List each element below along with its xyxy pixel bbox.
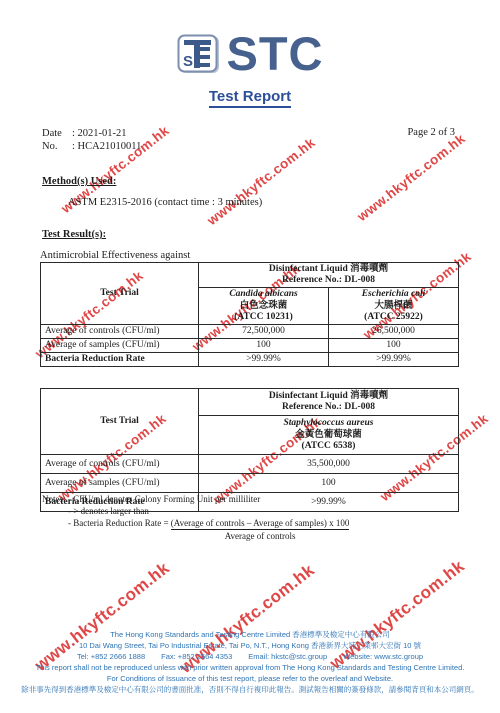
product-ref: Reference No.: DL-008 — [282, 402, 375, 412]
footer-email: Email: hkstc@stc.group — [248, 651, 327, 662]
product-title: Disinfectant Liquid 消毒噴劑 — [269, 264, 388, 274]
date-line: Date : 2021-01-21 — [42, 127, 458, 140]
note-formula: - Bacteria Reduction Rate = (Average of … — [68, 517, 349, 542]
table2-row-header: Test Trial — [41, 389, 199, 455]
formula-prefix: - Bacteria Reduction Rate = — [68, 518, 171, 528]
organism-chinese: 白色念珠菌 — [240, 300, 288, 311]
row-label: Bacteria Reduction Rate — [41, 353, 199, 367]
organism-latin: Staphylococcus aureus — [284, 418, 374, 428]
organism-latin: Escherichia coli — [362, 289, 426, 299]
results-heading: Test Result(s): — [42, 229, 106, 240]
page-footer: The Hong Kong Standards and Testing Cent… — [0, 629, 500, 695]
row-value: 100 — [329, 339, 459, 353]
row-value: 72,500,000 — [199, 325, 329, 339]
footer-disclaimer-line1: This report shall not be reproduced unle… — [0, 662, 500, 673]
organism-atcc: (ATCC 6538) — [302, 441, 356, 451]
results-table-1: Test Trial Disinfectant Liquid 消毒噴劑 Refe… — [40, 262, 459, 367]
note-item: - > denotes larger than — [68, 505, 349, 517]
date-label: Date — [42, 127, 72, 140]
methods-heading: Method(s) Used: — [42, 176, 116, 187]
product-ref: Reference No.: DL-008 — [282, 275, 375, 285]
formula-denominator: Average of controls — [171, 530, 350, 542]
organism-atcc: (ATCC 25922) — [364, 312, 423, 322]
footer-company-line: The Hong Kong Standards and Testing Cent… — [0, 629, 500, 640]
table1-product-header: Disinfectant Liquid 消毒噴劑 Reference No.: … — [199, 263, 459, 288]
row-value: >99.99% — [199, 353, 329, 367]
footer-address-line: 10 Dai Wang Street, Tai Po Industrial Es… — [0, 640, 500, 651]
table2-organism: Staphylococcus aureus 金黃色葡萄球菌 (ATCC 6538… — [199, 416, 459, 455]
footer-fax: Fax: +852 2664 4353 — [161, 651, 232, 662]
table-row: Average of controls (CFU/ml) 35,500,000 — [41, 455, 459, 474]
meta-block: Date : 2021-01-21 No. : HCA21010011 — [42, 127, 458, 153]
notes-block: Notes: - CFU/ml denotes Colony Forming U… — [42, 493, 349, 542]
formula-fraction: (Average of controls – Average of sample… — [171, 517, 350, 542]
report-no-label: No. — [42, 140, 72, 153]
results-intro: Antimicrobial Effectiveness against — [40, 250, 190, 261]
table-row: Average of controls (CFU/ml) 72,500,000 … — [41, 325, 459, 339]
organism-atcc: (ATCC 10231) — [234, 312, 293, 322]
organism-chinese: 大腸桿菌 — [375, 300, 413, 311]
row-label: Average of samples (CFU/ml) — [41, 339, 199, 353]
methods-body: ASTM E2315-2016 (contact time : 3 minute… — [68, 197, 262, 208]
row-value: >99.99% — [329, 353, 459, 367]
organism-chinese: 金黃色葡萄球菌 — [295, 429, 362, 440]
row-value: 100 — [199, 474, 459, 493]
date-value: : 2021-01-21 — [72, 127, 127, 140]
table1-row-header: Test Trial — [41, 263, 199, 325]
row-label: Average of controls (CFU/ml) — [41, 325, 199, 339]
stc-logo-mark-icon: S — [177, 34, 221, 76]
row-value: 26,500,000 — [329, 325, 459, 339]
table-row: Bacteria Reduction Rate >99.99% >99.99% — [41, 353, 459, 367]
row-label: Average of controls (CFU/ml) — [41, 455, 199, 474]
svg-text:S: S — [183, 53, 193, 70]
stc-logo-word: STC — [227, 34, 324, 74]
notes-label: Notes: — [42, 493, 68, 505]
footer-tel: Tel: +852 2666 1888 — [77, 651, 145, 662]
table-row: Average of samples (CFU/ml) 100 — [41, 474, 459, 493]
table-row: Average of samples (CFU/ml) 100 100 — [41, 339, 459, 353]
footer-website: Website: www.stc.group — [343, 651, 423, 662]
table1-organism-1: Candida albicans 白色念珠菌 (ATCC 10231) — [199, 288, 329, 325]
product-title: Disinfectant Liquid 消毒噴劑 — [269, 391, 388, 401]
report-no-value: : HCA21010011 — [72, 140, 141, 153]
report-header: S STC Test Report — [0, 34, 500, 108]
table2-product-header: Disinfectant Liquid 消毒噴劑 Reference No.: … — [199, 389, 459, 416]
row-value: 100 — [199, 339, 329, 353]
stc-logo: S STC — [177, 34, 324, 76]
footer-contact-line: Tel: +852 2666 1888 Fax: +852 2664 4353 … — [0, 651, 500, 662]
organism-latin: Candida albicans — [229, 289, 297, 299]
page-number: Page 2 of 3 — [407, 127, 455, 138]
row-label: Average of samples (CFU/ml) — [41, 474, 199, 493]
footer-disclaimer-line2: For Conditions of Issuance of this test … — [0, 673, 500, 684]
row-value: 35,500,000 — [199, 455, 459, 474]
table1-organism-2: Escherichia coli 大腸桿菌 (ATCC 25922) — [329, 288, 459, 325]
footer-disclaimer-chinese: 除非事先得到香港標準及檢定中心有限公司的書面批准，否則不得自行複印此報告。測試報… — [0, 684, 500, 695]
formula-numerator: (Average of controls – Average of sample… — [171, 517, 350, 530]
note-item: - CFU/ml denotes Colony Forming Unit per… — [68, 493, 260, 505]
report-no-line: No. : HCA21010011 — [42, 140, 458, 153]
report-title: Test Report — [209, 88, 291, 108]
